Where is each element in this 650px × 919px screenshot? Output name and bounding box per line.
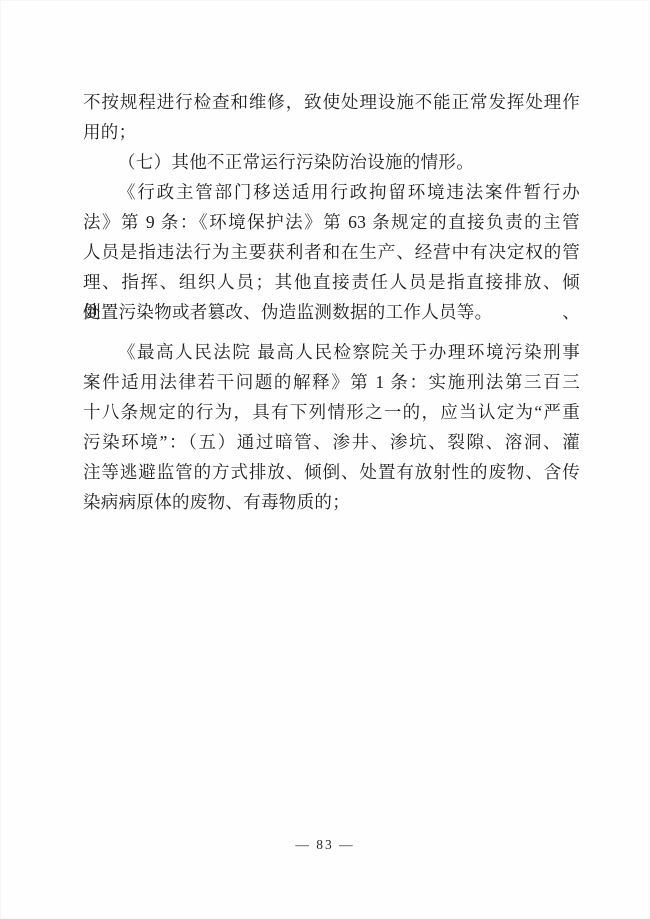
paragraph: （七）其他不正常运行污染防治设施的情形。 bbox=[83, 147, 580, 177]
page-footer: — 83 — bbox=[0, 836, 650, 854]
text-line: 人员是指违法行为主要获利者和在生产、经营中有决定权的管 bbox=[83, 237, 580, 267]
text-line: 用的； bbox=[83, 117, 580, 147]
text-line: 污染环境”：（五）通过暗管、渗井、渗坑、裂隙、溶洞、灌 bbox=[83, 427, 580, 457]
paragraph: 《行政主管部门移送适用行政拘留环境违法案件暂行办法》第 9 条：《环境保护法》第… bbox=[83, 177, 580, 327]
paragraph: 不按规程进行检查和维修，致使处理设施不能正常发挥处理作用的； bbox=[83, 87, 580, 147]
text-line: 注等逃避监管的方式排放、倾倒、处置有放射性的废物、含传 bbox=[83, 457, 580, 487]
text-line: 染病病原体的废物、有毒物质的； bbox=[83, 487, 580, 517]
text-line: 案件适用法律若干问题的解释》第 1 条：实施刑法第三百三 bbox=[83, 367, 580, 397]
text-line: 不按规程进行检查和维修，致使处理设施不能正常发挥处理作 bbox=[83, 87, 580, 117]
document-page: 不按规程进行检查和维修，致使处理设施不能正常发挥处理作用的；（七）其他不正常运行… bbox=[0, 0, 650, 919]
document-body: 不按规程进行检查和维修，致使处理设施不能正常发挥处理作用的；（七）其他不正常运行… bbox=[83, 87, 580, 517]
text-line: 《最高人民法院 最高人民检察院关于办理环境污染刑事 bbox=[83, 337, 580, 367]
text-line: （七）其他不正常运行污染防治设施的情形。 bbox=[83, 147, 580, 177]
text-line: 理、指挥、组织人员；其他直接责任人员是指直接排放、倾倒、 bbox=[83, 267, 580, 297]
text-line: 法》第 9 条：《环境保护法》第 63 条规定的直接负责的主管 bbox=[83, 207, 580, 237]
page-number: — 83 — bbox=[295, 837, 354, 852]
text-line: 十八条规定的行为，具有下列情形之一的，应当认定为“严重 bbox=[83, 397, 580, 427]
text-line: 《行政主管部门移送适用行政拘留环境违法案件暂行办 bbox=[83, 177, 580, 207]
paragraph: 《最高人民法院 最高人民检察院关于办理环境污染刑事案件适用法律若干问题的解释》第… bbox=[83, 337, 580, 517]
